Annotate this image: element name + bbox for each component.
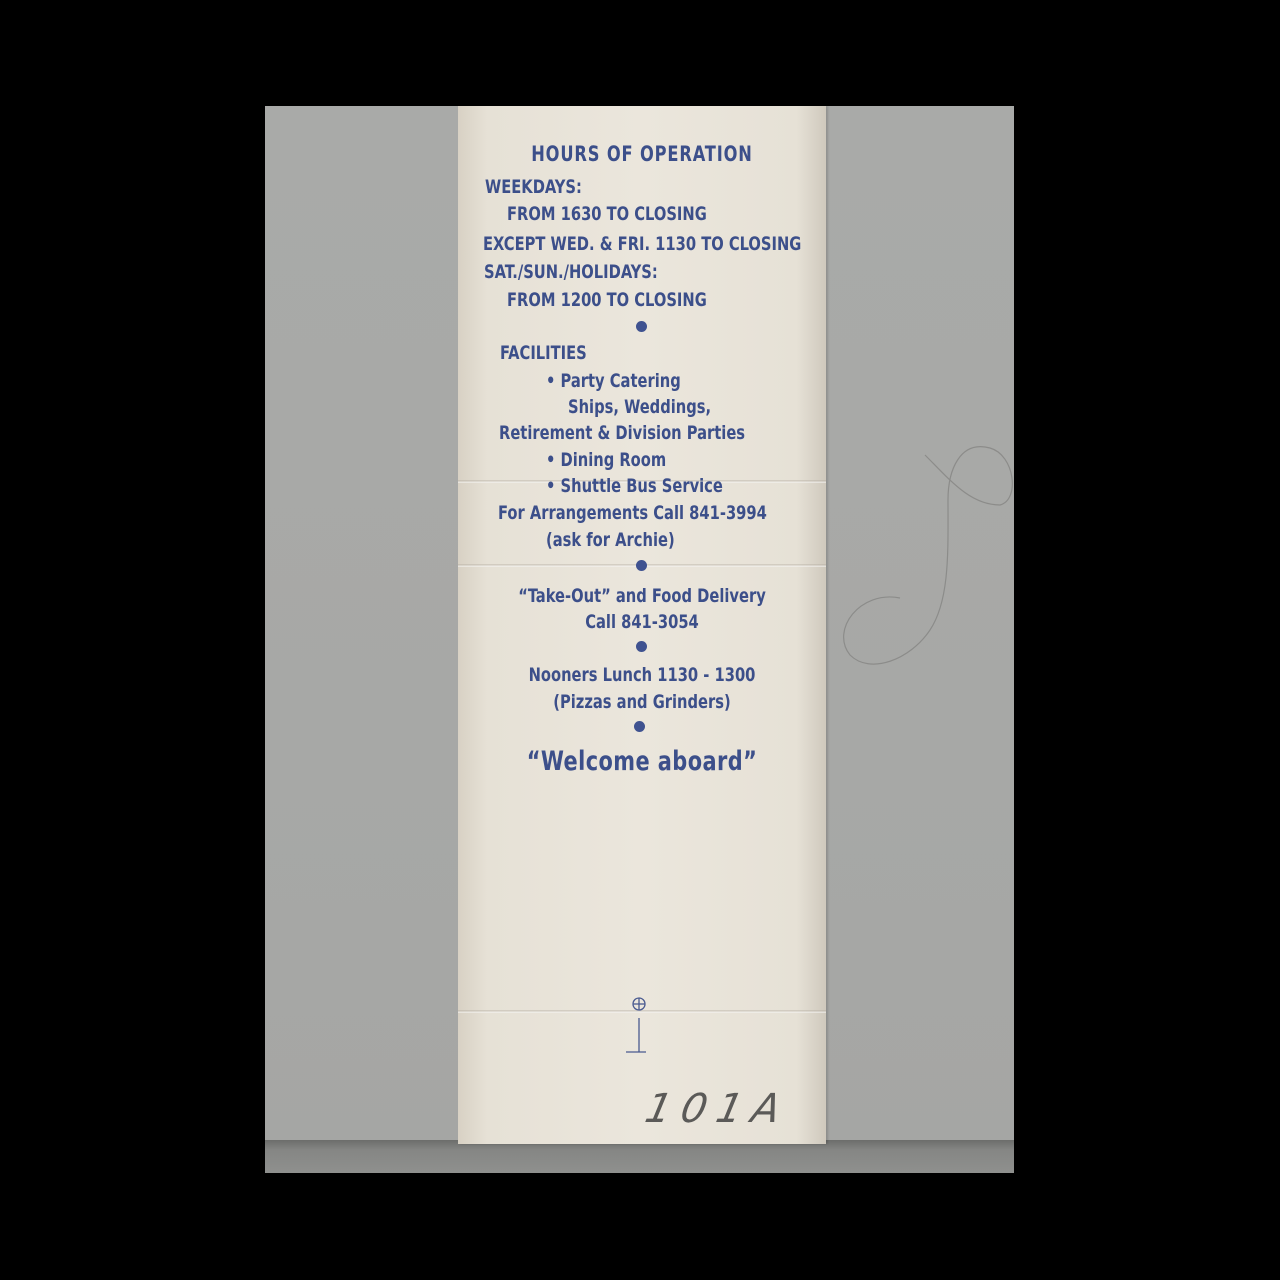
takeout-phone: Call 841-3054 bbox=[484, 611, 800, 633]
hours-exception: EXCEPT WED. & FRI. 1130 TO CLOSING bbox=[483, 233, 801, 255]
weekdays-label: WEEKDAYS: bbox=[485, 176, 582, 198]
bullet-dot bbox=[636, 321, 647, 332]
weekdays-time: FROM 1630 TO CLOSING bbox=[507, 203, 707, 225]
handwritten-note: 101A bbox=[641, 1086, 794, 1132]
facility-item: • Dining Room bbox=[546, 449, 666, 471]
slogan: “Welcome aboard” bbox=[484, 746, 800, 777]
bullet-dot bbox=[636, 560, 647, 571]
stray-hair bbox=[830, 430, 1020, 680]
matchbook-cover: HOURS OF OPERATION WEEKDAYS: FROM 1630 T… bbox=[458, 106, 826, 1144]
facilities-title: FACILITIES bbox=[500, 342, 587, 364]
arrangements-contact: (ask for Archie) bbox=[546, 529, 675, 551]
bullet-dot bbox=[636, 641, 647, 652]
scanner-edge-shadow bbox=[265, 1140, 1014, 1173]
lunch-line: Nooners Lunch 1130 - 1300 bbox=[484, 664, 800, 686]
weekend-label: SAT./SUN./HOLIDAYS: bbox=[484, 261, 658, 283]
facility-item: • Shuttle Bus Service bbox=[546, 475, 723, 497]
facility-item: • Party Catering bbox=[546, 370, 681, 392]
facility-item: Ships, Weddings, bbox=[568, 396, 711, 418]
facility-item: Retirement & Division Parties bbox=[499, 422, 745, 444]
weekend-time: FROM 1200 TO CLOSING bbox=[507, 289, 707, 311]
takeout-line: “Take-Out” and Food Delivery bbox=[484, 585, 800, 607]
bullet-dot bbox=[634, 721, 645, 732]
lunch-menu: (Pizzas and Grinders) bbox=[484, 691, 800, 713]
strike-symbol-icon bbox=[624, 994, 646, 1056]
hours-title: HOURS OF OPERATION bbox=[484, 142, 800, 166]
arrangements-phone: For Arrangements Call 841-3994 bbox=[498, 502, 767, 524]
